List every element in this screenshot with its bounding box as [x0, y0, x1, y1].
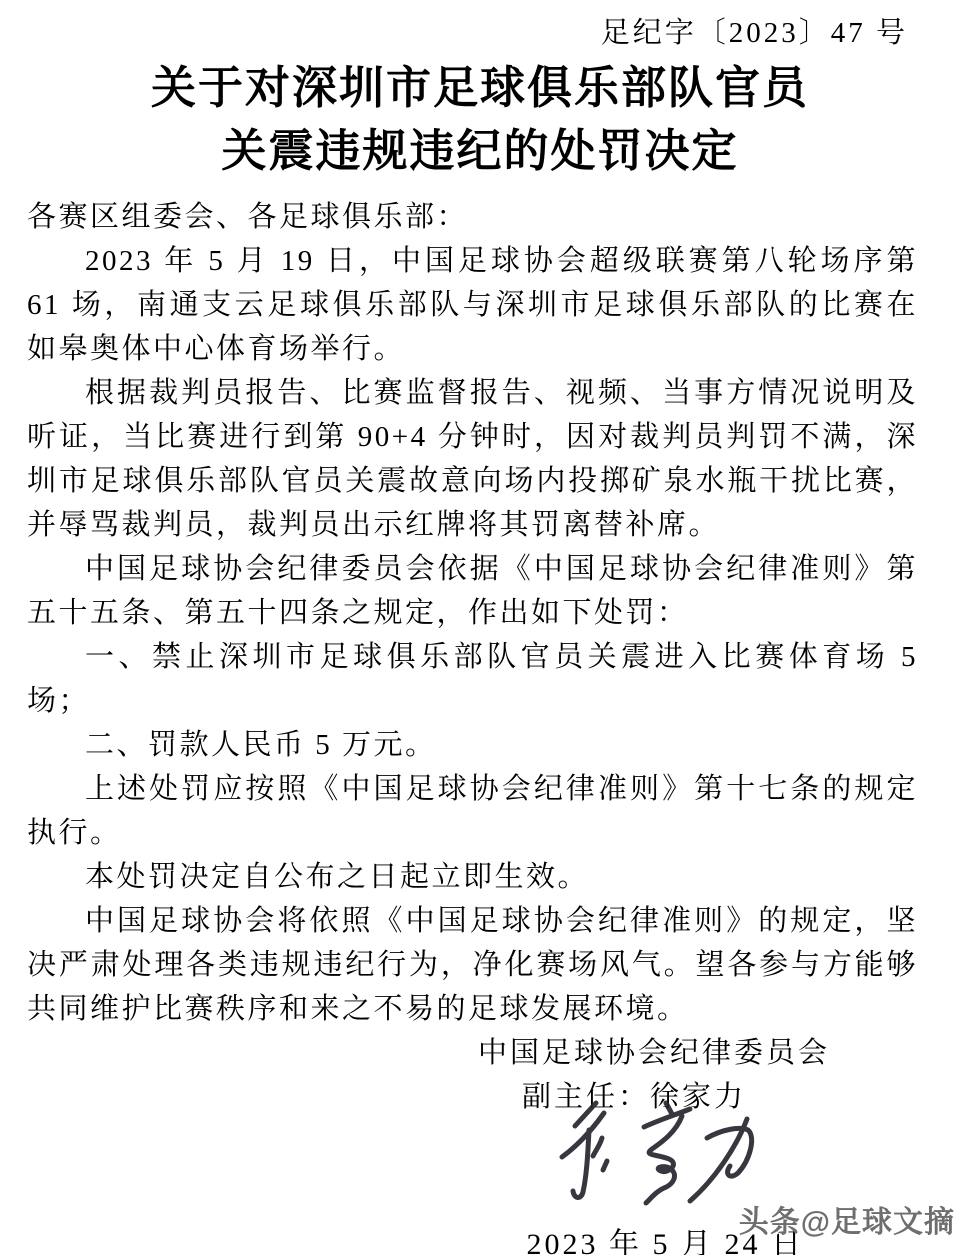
signature-organization: 中国足球协会纪律委员会 — [27, 1031, 918, 1075]
title-line-2: 关震违规违纪的处罚决定 — [0, 120, 960, 183]
paragraph: 上述处罚应按照《中国足球协会纪律准则》第十七条的规定执行。 — [27, 767, 918, 855]
paragraph: 二、罚款人民币 5 万元。 — [27, 723, 918, 767]
salutation: 各赛区组委会、各足球俱乐部： — [27, 195, 918, 239]
document-page: 足纪字〔2023〕47 号 关于对深圳市足球俱乐部队官员 关震违规违纪的处罚决定… — [0, 0, 960, 1255]
paragraph: 一、禁止深圳市足球俱乐部队官员关震进入比赛体育场 5 场； — [27, 635, 918, 723]
body-paragraphs: 2023 年 5 月 19 日，中国足球协会超级联赛第八轮场序第 61 场，南通… — [27, 239, 918, 1031]
paragraph: 2023 年 5 月 19 日，中国足球协会超级联赛第八轮场序第 61 场，南通… — [27, 239, 918, 371]
paragraph: 本处罚决定自公布之日起立即生效。 — [27, 855, 918, 899]
doc-number: 足纪字〔2023〕47 号 — [0, 0, 960, 51]
paragraph: 中国足球协会将依照《中国足球协会纪律准则》的规定，坚决严肃处理各类违规违纪行为，… — [27, 899, 918, 1031]
title-line-1: 关于对深圳市足球俱乐部队官员 — [0, 57, 960, 120]
document-body: 各赛区组委会、各足球俱乐部： 2023 年 5 月 19 日，中国足球协会超级联… — [0, 183, 960, 1119]
document-title: 关于对深圳市足球俱乐部队官员 关震违规违纪的处罚决定 — [0, 57, 960, 183]
watermark: 头条@足球文摘 — [739, 1197, 955, 1241]
paragraph: 中国足球协会纪律委员会依据《中国足球协会纪律准则》第五十五条、第五十四条之规定，… — [27, 547, 918, 635]
paragraph: 根据裁判员报告、比赛监督报告、视频、当事方情况说明及听证，当比赛进行到第 90+… — [27, 371, 918, 547]
